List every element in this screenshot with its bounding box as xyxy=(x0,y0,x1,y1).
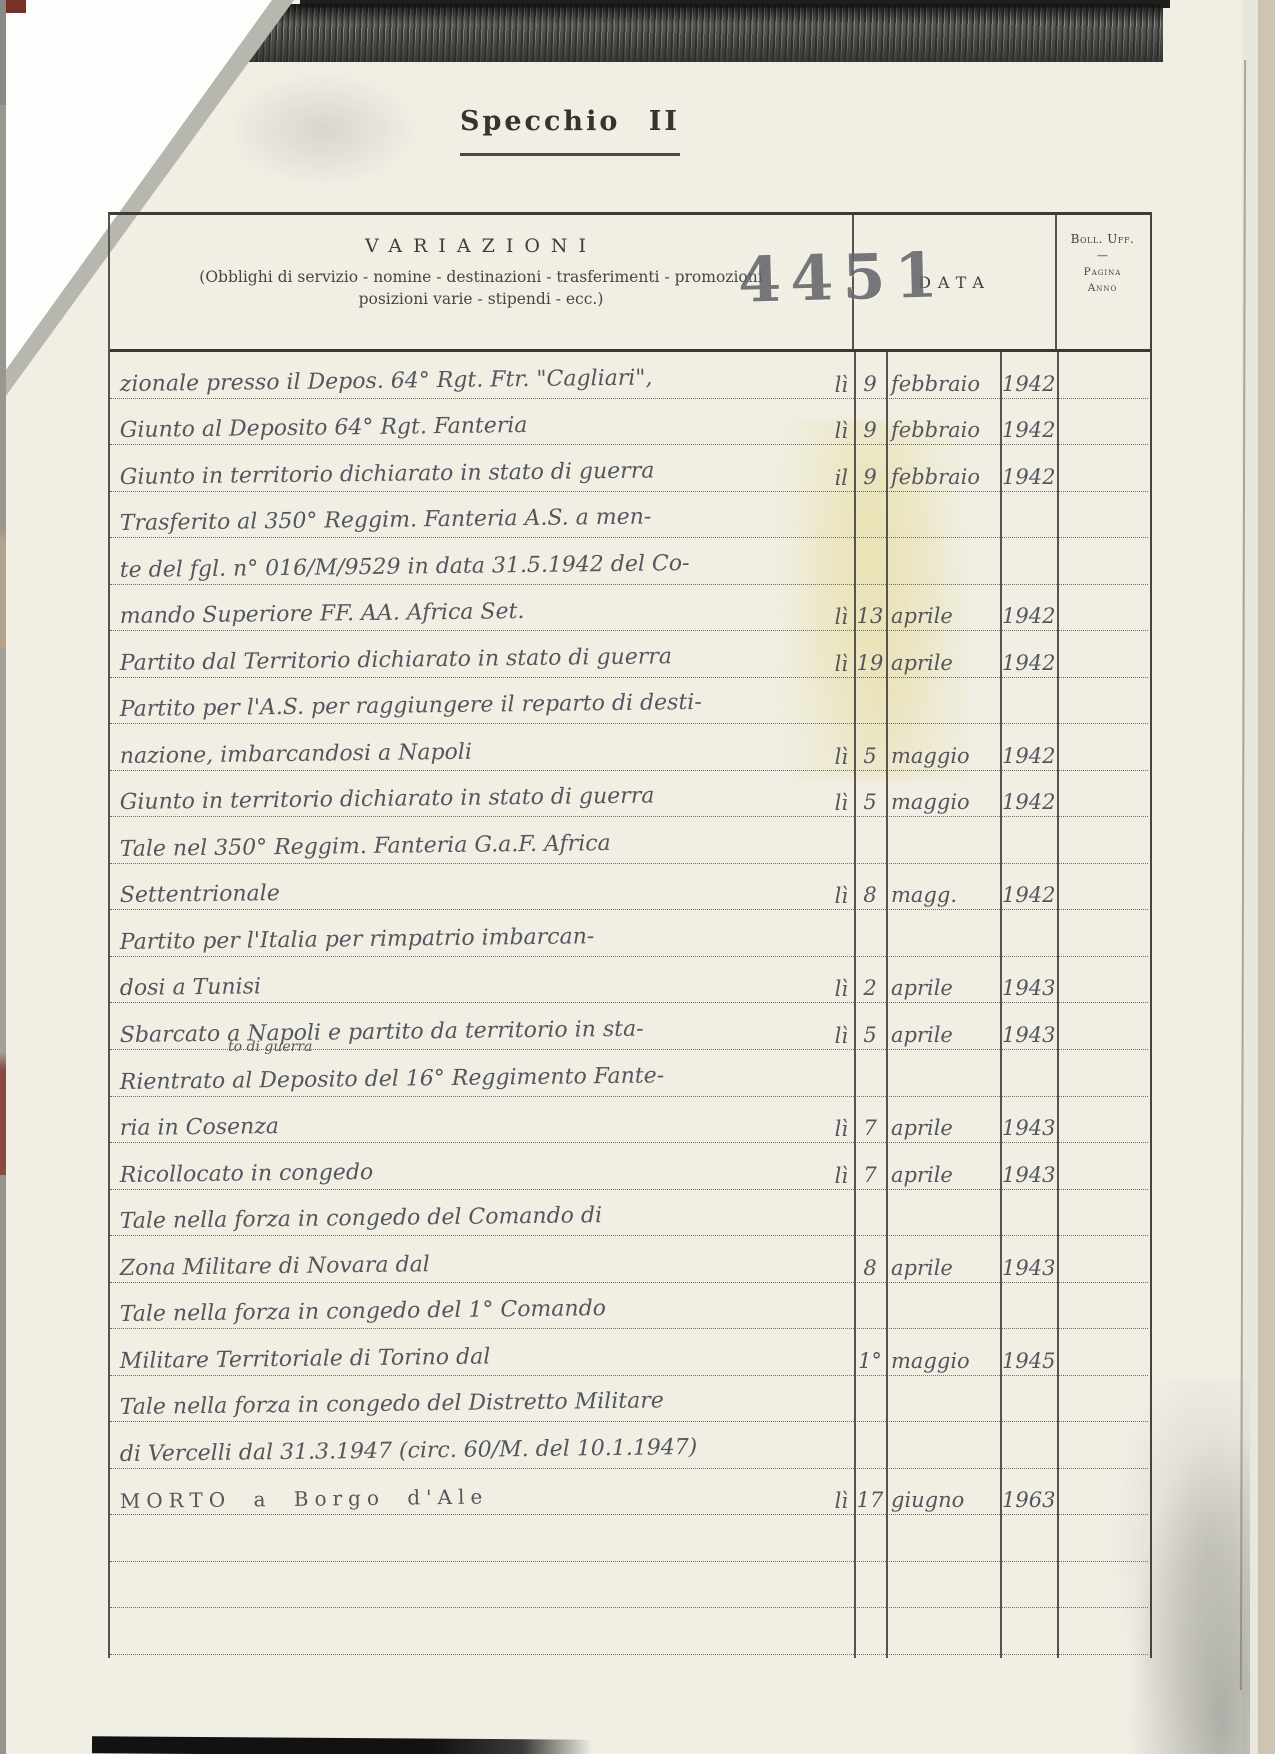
date-day-cell: 8 xyxy=(854,1236,886,1283)
date-month-cell xyxy=(886,1190,1000,1237)
boll-uff-cell xyxy=(1057,1608,1148,1655)
boll-uff-cell xyxy=(1057,1143,1148,1190)
entry-li-suffix: lì xyxy=(835,977,848,1001)
date-year-cell: 1945 xyxy=(1000,1329,1057,1376)
date-month-cell xyxy=(886,678,1000,725)
table-row: di Vercelli dal 31.3.1947 (circ. 60/M. d… xyxy=(110,1422,1150,1469)
table-row: Tale nella forza in congedo del 1° Coman… xyxy=(110,1283,1150,1330)
date-day-cell xyxy=(854,492,886,539)
boll-uff-cell xyxy=(1057,724,1148,771)
table-row: Militare Territoriale di Torino dal 1° m… xyxy=(110,1329,1150,1376)
date-year-cell: 1942 xyxy=(1000,724,1057,771)
date-month-cell: aprile xyxy=(886,1097,1000,1144)
date-day-cell: 2 xyxy=(854,957,886,1004)
entry-text: Zona Militare di Novara dal xyxy=(120,1252,430,1281)
boll-uff-cell xyxy=(1057,631,1148,678)
date-month-cell: aprile xyxy=(886,631,1000,678)
pagina-label: Pagina xyxy=(1057,266,1148,278)
date-month-cell xyxy=(886,1562,1000,1609)
entry-text: Militare Territoriale di Torino dal xyxy=(120,1344,491,1374)
entry-text-cell: Tale nella forza in congedo del Comando … xyxy=(110,1190,854,1237)
date-month-cell xyxy=(886,1376,1000,1423)
date-day-cell xyxy=(854,1283,886,1330)
date-month-cell: aprile xyxy=(886,1143,1000,1190)
boll-uff-cell xyxy=(1057,1190,1148,1237)
date-month-cell: maggio xyxy=(886,724,1000,771)
date-day-cell xyxy=(854,1562,886,1609)
date-day-cell xyxy=(854,538,886,585)
interlinear-note: to di guerra xyxy=(228,1039,312,1055)
entry-text-cell: Partito dal Territorio dichiarato in sta… xyxy=(110,631,854,678)
date-day-cell xyxy=(854,817,886,864)
date-day-cell: 7 xyxy=(854,1143,886,1190)
boll-uff-cell xyxy=(1057,1469,1148,1516)
entry-text-cell xyxy=(110,1608,854,1655)
boll-uff-cell xyxy=(1057,910,1148,957)
date-day-cell xyxy=(854,1050,886,1097)
date-month-cell: maggio xyxy=(886,1329,1000,1376)
entry-li-suffix: lì xyxy=(835,1489,848,1513)
table-row: te del fgl. n° 016/M/9529 in data 31.5.1… xyxy=(110,538,1150,585)
entry-text: MORTO a Borgo d'Ale xyxy=(120,1485,489,1513)
boll-uff-cell xyxy=(1057,352,1148,399)
boll-uff-cell xyxy=(1057,399,1148,446)
date-month-cell xyxy=(886,817,1000,864)
date-day-cell xyxy=(854,1515,886,1562)
entry-text-cell: Zona Militare di Novara dal xyxy=(110,1236,854,1283)
table-row: Giunto in territorio dichiarato in stato… xyxy=(110,771,1150,818)
scanner-dark-band xyxy=(228,4,1163,62)
boll-uff-cell xyxy=(1057,1562,1148,1609)
boll-uff-cell xyxy=(1057,1003,1148,1050)
boll-uff-cell xyxy=(1057,492,1148,539)
date-month-cell: aprile xyxy=(886,585,1000,632)
table-row: Tale nella forza in congedo del Distrett… xyxy=(110,1376,1150,1423)
table-row: Partito per l'Italia per rimpatrio imbar… xyxy=(110,910,1150,957)
column-divider-day-month xyxy=(886,352,888,1658)
date-day-cell: 9 xyxy=(854,399,886,446)
right-page-edge xyxy=(1258,0,1275,1754)
date-day-cell: 9 xyxy=(854,352,886,399)
boll-uff-cell xyxy=(1057,1376,1148,1423)
entry-text-cell: Tale nella forza in congedo del Distrett… xyxy=(110,1376,854,1423)
entry-text-cell: MORTO a Borgo d'Ale lì xyxy=(110,1469,854,1516)
left-page-edge xyxy=(0,0,6,1754)
entry-text: di Vercelli dal 31.3.1947 (circ. 60/M. d… xyxy=(120,1435,698,1467)
entry-text: Partito per l'A.S. per raggiungere il re… xyxy=(120,690,702,722)
boll-uff-cell xyxy=(1057,771,1148,818)
date-month-cell: aprile xyxy=(886,957,1000,1004)
table-row: Trasferito al 350° Reggim. Fanteria A.S.… xyxy=(110,492,1150,539)
date-day-cell: 19 xyxy=(854,631,886,678)
date-year-cell: 1942 xyxy=(1000,445,1057,492)
entry-li-suffix: lì xyxy=(835,884,848,908)
date-month-cell: magg. xyxy=(886,864,1000,911)
date-year-cell xyxy=(1000,1515,1057,1562)
entry-li-suffix: lì xyxy=(835,605,848,629)
scanned-document-page: Specchio II VARIAZIONI (Obblighi di serv… xyxy=(0,0,1275,1754)
column-divider-month-year xyxy=(1000,352,1002,1658)
entry-text-cell: Partito per l'Italia per rimpatrio imbar… xyxy=(110,910,854,957)
page-title: Specchio II xyxy=(420,106,720,137)
boll-uff-cell xyxy=(1057,678,1148,725)
entry-text: Tale nella forza in congedo del 1° Coman… xyxy=(120,1296,606,1327)
table-row: Tale nella forza in congedo del Comando … xyxy=(110,1190,1150,1237)
date-month-cell xyxy=(886,1515,1000,1562)
entry-text: Rientrato al Deposito del 16° Reggimento… xyxy=(120,1063,665,1095)
table-row: mando Superiore FF. AA. Africa Set. lì 1… xyxy=(110,585,1150,632)
entry-text: Trasferito al 350° Reggim. Fanteria A.S.… xyxy=(120,505,652,536)
table-row xyxy=(110,1608,1150,1655)
entry-text-cell: Tale nel 350° Reggim. Fanteria G.a.F. Af… xyxy=(110,817,854,864)
date-day-cell: 5 xyxy=(854,1003,886,1050)
table-row: MORTO a Borgo d'Ale lì 17 giugno 1963 xyxy=(110,1469,1150,1516)
table-row: ria in Cosenza lì 7 aprile 1943 xyxy=(110,1097,1150,1144)
boll-uff-cell xyxy=(1057,1050,1148,1097)
bleed-through-smudge xyxy=(228,72,418,187)
entry-li-suffix: lì xyxy=(835,1024,848,1048)
date-month-cell: febbraio xyxy=(886,352,1000,399)
date-year-cell xyxy=(1000,1283,1057,1330)
entry-text: Giunto al Deposito 64° Rgt. Fanteria xyxy=(120,413,528,443)
anno-label: Anno xyxy=(1057,282,1148,294)
entry-text-cell xyxy=(110,1562,854,1609)
entry-li-suffix: il xyxy=(835,466,848,490)
entry-li-suffix: lì xyxy=(835,1117,848,1141)
date-day-cell: 9 xyxy=(854,445,886,492)
date-day-cell: 13 xyxy=(854,585,886,632)
column-divider-main-date xyxy=(854,352,856,1658)
variazioni-table: VARIAZIONI (Obblighi di servizio - nomin… xyxy=(108,212,1152,1658)
entry-text-cell: Militare Territoriale di Torino dal xyxy=(110,1329,854,1376)
entry-text-cell: to di guerra Rientrato al Deposito del 1… xyxy=(110,1050,854,1097)
table-row: Giunto al Deposito 64° Rgt. Fanteria lì … xyxy=(110,399,1150,446)
entry-text-cell: Partito per l'A.S. per raggiungere il re… xyxy=(110,678,854,725)
entry-text-cell: Sbarcato a Napoli e partito da territori… xyxy=(110,1003,854,1050)
title-underline xyxy=(460,153,680,156)
date-day-cell: 8 xyxy=(854,864,886,911)
date-day-cell xyxy=(854,1608,886,1655)
boll-uff-cell xyxy=(1057,864,1148,911)
date-month-cell xyxy=(886,910,1000,957)
entry-text-cell: Giunto al Deposito 64° Rgt. Fanteria lì xyxy=(110,399,854,446)
date-year-cell xyxy=(1000,492,1057,539)
entry-text-cell: nazione, imbarcandosi a Napoli lì xyxy=(110,724,854,771)
table-row: Partito dal Territorio dichiarato in sta… xyxy=(110,631,1150,678)
date-year-cell: 1943 xyxy=(1000,1143,1057,1190)
boll-uff-cell xyxy=(1057,1329,1148,1376)
table-row: Partito per l'A.S. per raggiungere il re… xyxy=(110,678,1150,725)
date-day-cell: 7 xyxy=(854,1097,886,1144)
date-year-cell: 1943 xyxy=(1000,1236,1057,1283)
entry-text: Tale nella forza in congedo del Comando … xyxy=(120,1203,603,1234)
date-year-cell: 1942 xyxy=(1000,352,1057,399)
boll-uff-cell xyxy=(1057,957,1148,1004)
date-month-cell xyxy=(886,1422,1000,1469)
entry-text-cell: Trasferito al 350° Reggim. Fanteria A.S.… xyxy=(110,492,854,539)
entry-text-cell: ria in Cosenza lì xyxy=(110,1097,854,1144)
entry-text-cell: zionale presso il Depos. 64° Rgt. Ftr. "… xyxy=(110,352,854,399)
date-year-cell: 1943 xyxy=(1000,957,1057,1004)
date-year-cell xyxy=(1000,1422,1057,1469)
table-row: dosi a Tunisi lì 2 aprile 1943 xyxy=(110,957,1150,1004)
date-day-cell xyxy=(854,678,886,725)
boll-uff-cell xyxy=(1057,1515,1148,1562)
bollettino-column-header: Boll. Uff. — Pagina Anno xyxy=(1057,215,1148,349)
date-month-cell xyxy=(886,538,1000,585)
column-divider-year-boll xyxy=(1057,352,1059,1658)
entry-text: Settentrionale xyxy=(120,881,280,908)
boll-uff-cell xyxy=(1057,538,1148,585)
date-year-cell xyxy=(1000,678,1057,725)
entry-text: dosi a Tunisi xyxy=(120,975,261,1002)
entry-li-suffix: lì xyxy=(835,652,848,676)
boll-uff-cell xyxy=(1057,445,1148,492)
date-month-cell: febbraio xyxy=(886,399,1000,446)
date-day-cell: 5 xyxy=(854,724,886,771)
date-year-cell xyxy=(1000,1050,1057,1097)
boll-uff-cell xyxy=(1057,1283,1148,1330)
boll-uff-cell xyxy=(1057,585,1148,632)
date-day-cell: 1° xyxy=(854,1329,886,1376)
date-year-cell xyxy=(1000,817,1057,864)
boll-uff-cell xyxy=(1057,1236,1148,1283)
entry-text: nazione, imbarcandosi a Napoli xyxy=(120,739,472,768)
table-row: to di guerra Rientrato al Deposito del 1… xyxy=(110,1050,1150,1097)
entry-li-suffix: lì xyxy=(835,791,848,815)
date-month-cell: febbraio xyxy=(886,445,1000,492)
date-year-cell: 1943 xyxy=(1000,1097,1057,1144)
entry-text-cell: mando Superiore FF. AA. Africa Set. lì xyxy=(110,585,854,632)
date-year-cell: 1942 xyxy=(1000,771,1057,818)
table-row: Giunto in territorio dichiarato in stato… xyxy=(110,445,1150,492)
date-day-cell: 5 xyxy=(854,771,886,818)
entry-li-suffix: lì xyxy=(835,745,848,769)
entry-text-cell: Giunto in territorio dichiarato in stato… xyxy=(110,445,854,492)
boll-uff-cell xyxy=(1057,817,1148,864)
table-row xyxy=(110,1515,1150,1562)
date-year-cell: 1942 xyxy=(1000,864,1057,911)
entry-text: mando Superiore FF. AA. Africa Set. xyxy=(120,599,525,629)
date-month-cell xyxy=(886,492,1000,539)
date-month-cell: maggio xyxy=(886,771,1000,818)
entry-text-cell: Tale nella forza in congedo del 1° Coman… xyxy=(110,1283,854,1330)
date-year-cell xyxy=(1000,1376,1057,1423)
date-year-cell xyxy=(1000,1608,1057,1655)
entry-text-cell: Ricollocato in congedo lì xyxy=(110,1143,854,1190)
boll-uff-label: Boll. Uff. xyxy=(1057,232,1148,246)
entry-text: Partito per l'Italia per rimpatrio imbar… xyxy=(120,924,595,955)
table-row: Settentrionale lì 8 magg. 1942 xyxy=(110,864,1150,911)
entry-text-cell: di Vercelli dal 31.3.1947 (circ. 60/M. d… xyxy=(110,1422,854,1469)
date-year-cell: 1963 xyxy=(1000,1469,1057,1516)
table-row xyxy=(110,1562,1150,1609)
date-year-cell xyxy=(1000,538,1057,585)
table-row: Zona Militare di Novara dal 8 aprile 194… xyxy=(110,1236,1150,1283)
entry-text: Giunto in territorio dichiarato in stato… xyxy=(120,458,655,490)
date-day-cell xyxy=(854,910,886,957)
boll-uff-cell xyxy=(1057,1422,1148,1469)
entry-text: te del fgl. n° 016/M/9529 in data 31.5.1… xyxy=(120,551,690,583)
entry-li-suffix: lì xyxy=(835,1164,848,1188)
entry-text-cell xyxy=(110,1515,854,1562)
boll-dash: — xyxy=(1057,249,1148,262)
date-year-cell: 1942 xyxy=(1000,585,1057,632)
table-row: zionale presso il Depos. 64° Rgt. Ftr. "… xyxy=(110,352,1150,399)
date-year-cell xyxy=(1000,910,1057,957)
entry-text: Sbarcato a Napoli e partito da territori… xyxy=(120,1017,644,1048)
entry-text: Tale nel 350° Reggim. Fanteria G.a.F. Af… xyxy=(120,831,611,862)
entry-text: zionale presso il Depos. 64° Rgt. Ftr. "… xyxy=(120,365,653,397)
entry-text: ria in Cosenza xyxy=(120,1114,279,1141)
entry-text-cell: Settentrionale lì xyxy=(110,864,854,911)
table-body: zionale presso il Depos. 64° Rgt. Ftr. "… xyxy=(110,352,1150,1655)
date-month-cell: giugno xyxy=(886,1469,1000,1516)
date-day-cell xyxy=(854,1422,886,1469)
entry-text: Partito dal Territorio dichiarato in sta… xyxy=(120,644,672,676)
date-year-cell: 1942 xyxy=(1000,399,1057,446)
date-month-cell: aprile xyxy=(886,1236,1000,1283)
table-row: Tale nel 350° Reggim. Fanteria G.a.F. Af… xyxy=(110,817,1150,864)
date-month-cell: aprile xyxy=(886,1003,1000,1050)
entry-text-cell: te del fgl. n° 016/M/9529 in data 31.5.1… xyxy=(110,538,854,585)
entry-text: Giunto in territorio dichiarato in stato… xyxy=(120,784,655,816)
table-row: nazione, imbarcandosi a Napoli lì 5 magg… xyxy=(110,724,1150,771)
entry-text: Ricollocato in congedo xyxy=(120,1159,374,1187)
date-year-cell xyxy=(1000,1562,1057,1609)
entry-text-cell: Giunto in territorio dichiarato in stato… xyxy=(110,771,854,818)
date-month-cell xyxy=(886,1283,1000,1330)
date-year-cell: 1943 xyxy=(1000,1003,1057,1050)
entry-text: Tale nella forza in congedo del Distrett… xyxy=(120,1389,664,1421)
date-year-cell xyxy=(1000,1190,1057,1237)
registry-number-stamp: 4451 xyxy=(737,238,947,316)
date-day-cell xyxy=(854,1376,886,1423)
date-month-cell xyxy=(886,1050,1000,1097)
table-header: VARIAZIONI (Obblighi di servizio - nomin… xyxy=(110,215,1150,352)
date-day-cell xyxy=(854,1190,886,1237)
entry-text-cell: dosi a Tunisi lì xyxy=(110,957,854,1004)
date-year-cell: 1942 xyxy=(1000,631,1057,678)
date-day-cell: 17 xyxy=(854,1469,886,1516)
scanner-bottom-band xyxy=(92,1736,592,1754)
boll-uff-cell xyxy=(1057,1097,1148,1144)
date-month-cell xyxy=(886,1608,1000,1655)
table-row: Ricollocato in congedo lì 7 aprile 1943 xyxy=(110,1143,1150,1190)
entry-li-suffix: lì xyxy=(835,373,848,397)
entry-li-suffix: lì xyxy=(835,419,848,443)
